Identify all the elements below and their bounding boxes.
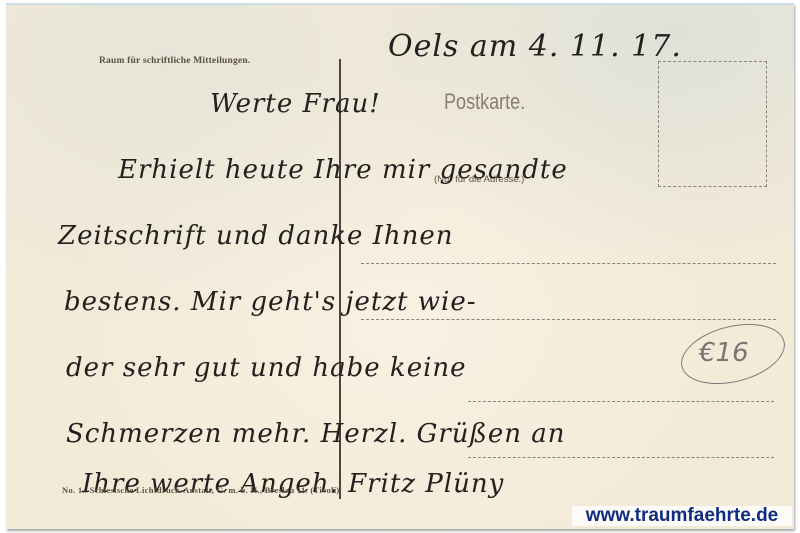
address-line — [468, 401, 774, 402]
address-line — [468, 457, 774, 458]
message-area-label: Raum für schriftliche Mitteilungen. — [99, 56, 250, 66]
postcard-back: Raum für schriftliche Mitteilungen. Post… — [6, 3, 794, 529]
handwritten-line: Werte Frau! — [210, 89, 381, 119]
handwritten-line: Erhielt heute Ihre mir gesandte — [118, 155, 568, 185]
handwritten-line: Schmerzen mehr. Herzl. Grüßen an — [66, 419, 566, 449]
price-mark: €16 — [699, 338, 749, 368]
handwritten-date: Oels am 4. 11. 17. — [388, 29, 682, 64]
postkarte-title: Postkarte. — [444, 89, 525, 115]
publisher-footer: No. 1.. Schlesische Lichtdruck-Anstalt, … — [62, 485, 340, 495]
handwritten-line: der sehr gut und habe keine — [66, 353, 467, 383]
handwritten-line: bestens. Mir geht's jetzt wie- — [64, 287, 476, 317]
stamp-box — [658, 61, 767, 187]
handwritten-line: Zeitschrift und danke Ihnen — [58, 221, 454, 251]
address-line — [361, 263, 776, 264]
watermark-link: www.traumfaehrte.de — [572, 506, 792, 526]
address-line — [361, 319, 776, 320]
